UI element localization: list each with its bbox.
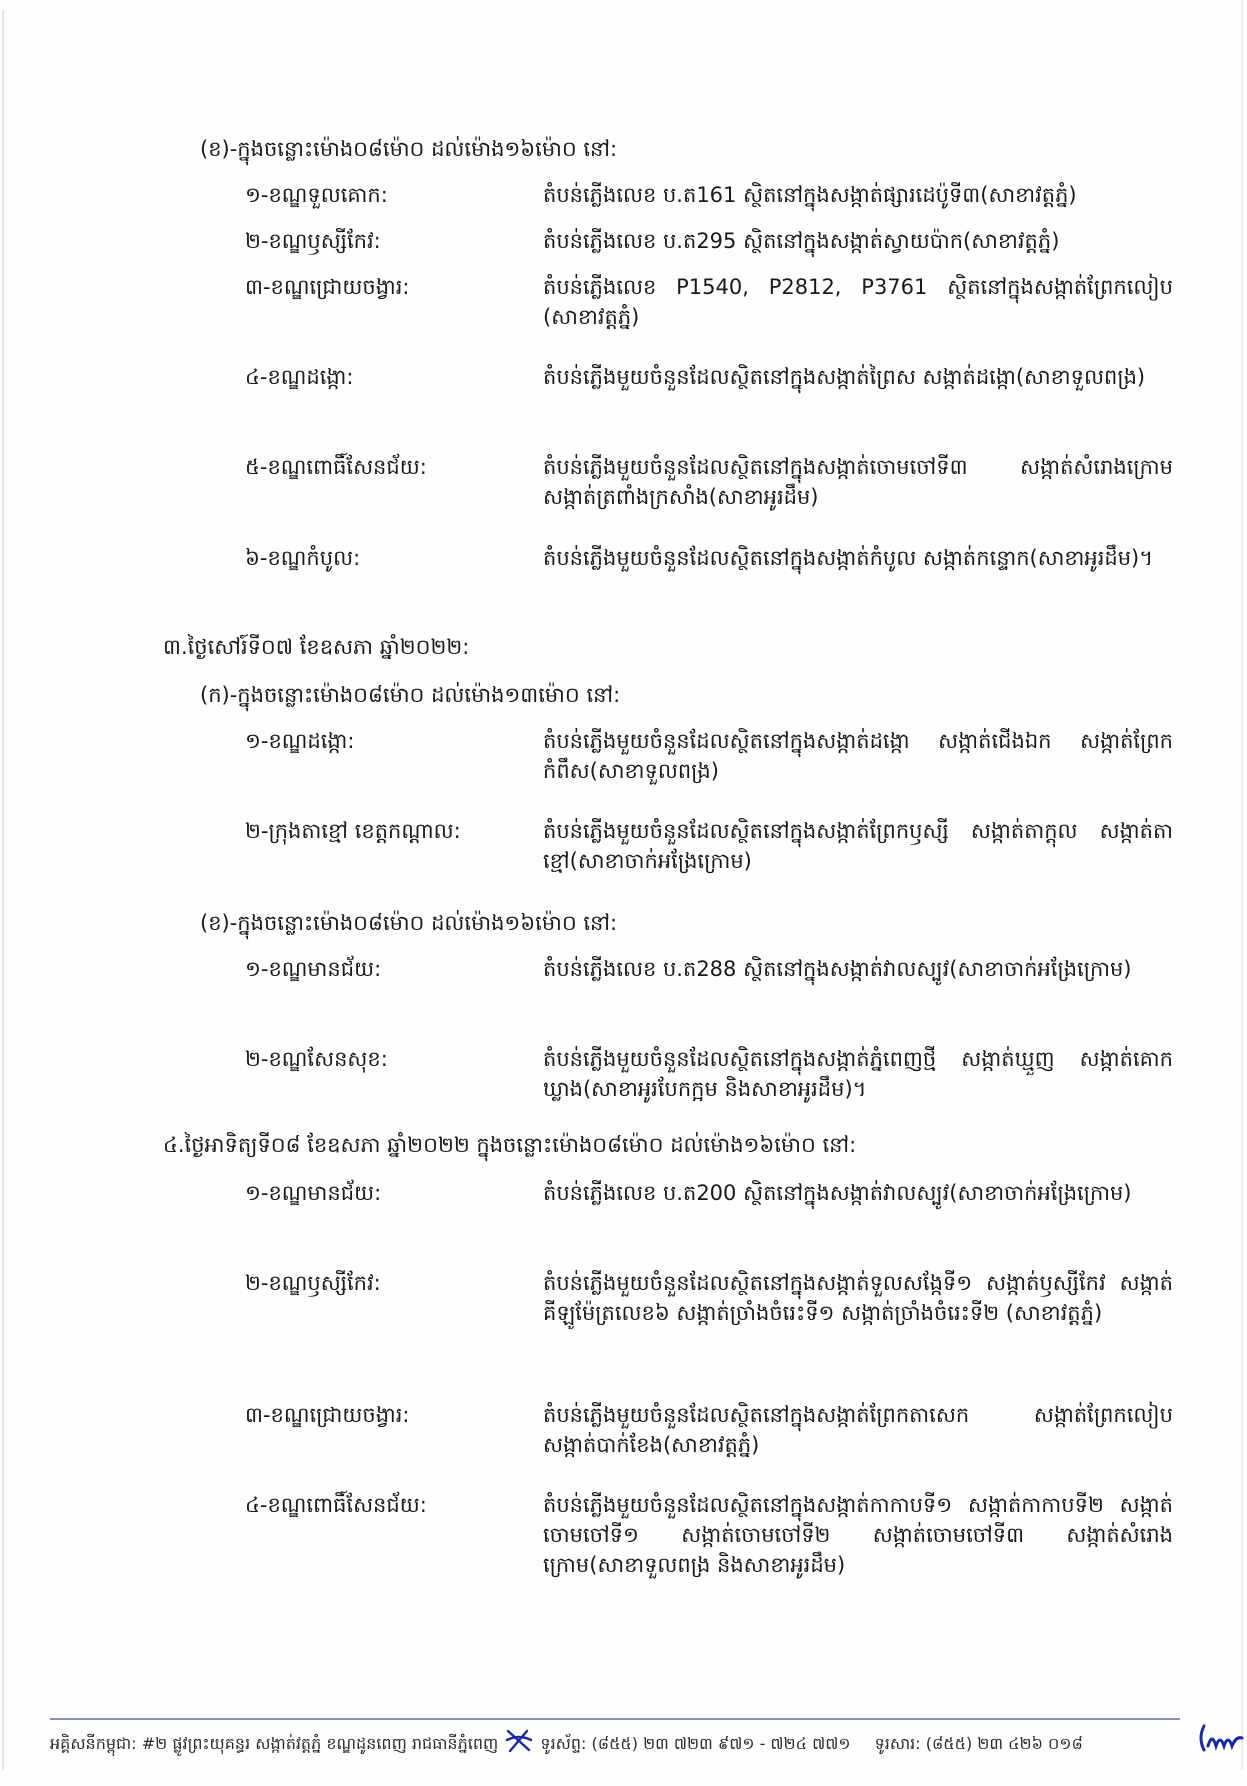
district-description: តំបន់ភ្លើងមួយចំនួនដែលស្ថិតនៅក្នុងសង្កាត់… [543, 362, 1173, 392]
footer-contact: អគ្គិសនីកម្ពុជា: #២ ផ្លូវព្រះយុគន្ធរ សង្… [50, 1728, 1083, 1761]
district-label: ៥-ខណ្ឌពោធិ៍សែនជ័យ: [245, 452, 427, 482]
district-description: តំបន់ភ្លើងលេខ ប.ត200 ស្ថិតនៅក្នុងសង្កាត់… [543, 1178, 1173, 1208]
district-description: តំបន់ភ្លើងមួយចំនួនដែលស្ថិតនៅក្នុងសង្កាត់… [543, 1490, 1173, 1580]
district-description: តំបន់ភ្លើងលេខ ប.ត295 ស្ថិតនៅក្នុងសង្កាត់… [543, 226, 1173, 256]
district-description: តំបន់ភ្លើងមួយចំនួនដែលស្ថិតនៅក្នុងសង្កាត់… [543, 1400, 1173, 1460]
district-label: ១-ខណ្ឌទួលគោក: [245, 180, 388, 210]
district-label: ២-ខណ្ឌឫស្សីកែវ: [245, 226, 381, 256]
scan-edge [2, 10, 4, 1770]
district-description: តំបន់ភ្លើងមួយចំនួនដែលស្ថិតនៅក្នុងសង្កាត់… [543, 816, 1173, 876]
scan-edge [1241, 0, 1243, 1770]
district-description: តំបន់ភ្លើងមួយចំនួនដែលស្ថិតនៅក្នុងសង្កាត់… [543, 1044, 1173, 1104]
district-description: តំបន់ភ្លើងលេខ ប.ត288 ស្ថិតនៅក្នុងសង្កាត់… [543, 954, 1173, 984]
day-heading: ៤.ថ្ងៃអាទិត្យទី០៨ ខែឧសភា ឆ្នាំ២០២២ ក្នុង… [163, 1130, 856, 1160]
ink-mark-icon [505, 1728, 533, 1761]
district-description: តំបន់ភ្លើងមួយចំនួនដែលស្ថិតនៅក្នុងសង្កាត់… [543, 726, 1173, 786]
district-label: ៤-ខណ្ឌពោធិ៍សែនជ័យ: [245, 1490, 427, 1520]
section-heading: (ក)-ក្នុងចន្លោះម៉ោង០៨ម៉ោ០ ដល់ម៉ោង១៣ម៉ោ០ … [200, 680, 620, 710]
district-label: ៤-ខណ្ឌដង្កោ: [245, 362, 353, 392]
district-description: តំបន់ភ្លើងមួយចំនួនដែលស្ថិតនៅក្នុងសង្កាត់… [543, 452, 1173, 512]
district-label: ២-ខណ្ឌឫស្សីកែវ: [245, 1268, 381, 1298]
district-label: ៣-ខណ្ឌជ្រោយចង្វារ: [245, 272, 409, 302]
day-heading: ៣.ថ្ងៃសៅរ៍ទី០៧ ខែឧសភា ឆ្នាំ២០២២: [163, 632, 469, 662]
district-description: តំបន់ភ្លើងលេខ ប.ត161 ស្ថិតនៅក្នុងសង្កាត់… [543, 180, 1173, 210]
district-description: តំបន់ភ្លើងមួយចំនួនដែលស្ថិតនៅក្នុងសង្កាត់… [543, 1268, 1173, 1328]
district-label: ២-ខណ្ឌសែនសុខ: [245, 1044, 388, 1074]
signature-initial-icon [1196, 1722, 1244, 1760]
document-page: (ខ)-ក្នុងចន្លោះម៉ោង០៨ម៉ោ០ ដល់ម៉ោង១៦ម៉ោ០ … [0, 0, 1247, 1786]
district-label: ១-ខណ្ឌមានជ័យ: [245, 954, 381, 984]
footer-divider [50, 1718, 1180, 1720]
district-label: ២-ក្រុងតាខ្មៅ ខេត្តកណ្តាល: [245, 816, 461, 846]
footer-address: អគ្គិសនីកម្ពុជា: #២ ផ្លូវព្រះយុគន្ធរ សង្… [50, 1734, 498, 1753]
district-label: ៦-ខណ្ឌកំបូល: [245, 543, 360, 573]
district-description: តំបន់ភ្លើងមួយចំនួនដែលស្ថិតនៅក្នុងសង្កាត់… [543, 543, 1173, 573]
district-label: ៣-ខណ្ឌជ្រោយចង្វារ: [245, 1400, 409, 1430]
footer-fax: ទូរសារ: (៨៥៥) ២៣ ៤២៦ ០១៨ [875, 1734, 1083, 1753]
section-heading: (ខ)-ក្នុងចន្លោះម៉ោង០៨ម៉ោ០ ដល់ម៉ោង១៦ម៉ោ០ … [200, 134, 617, 164]
footer-phone: ទូរស័ព្ទ: (៨៥៥) ២៣ ៧២៣ ៩៧១ - ៧២៤ ៧៧១ [540, 1734, 850, 1753]
district-label: ១-ខណ្ឌមានជ័យ: [245, 1178, 381, 1208]
district-label: ១-ខណ្ឌដង្កោ: [245, 726, 355, 756]
section-heading: (ខ)-ក្នុងចន្លោះម៉ោង០៨ម៉ោ០ ដល់ម៉ោង១៦ម៉ោ០ … [200, 908, 617, 938]
district-description: តំបន់ភ្លើងលេខ P1540, P2812, P3761 ស្ថិតន… [543, 272, 1173, 332]
